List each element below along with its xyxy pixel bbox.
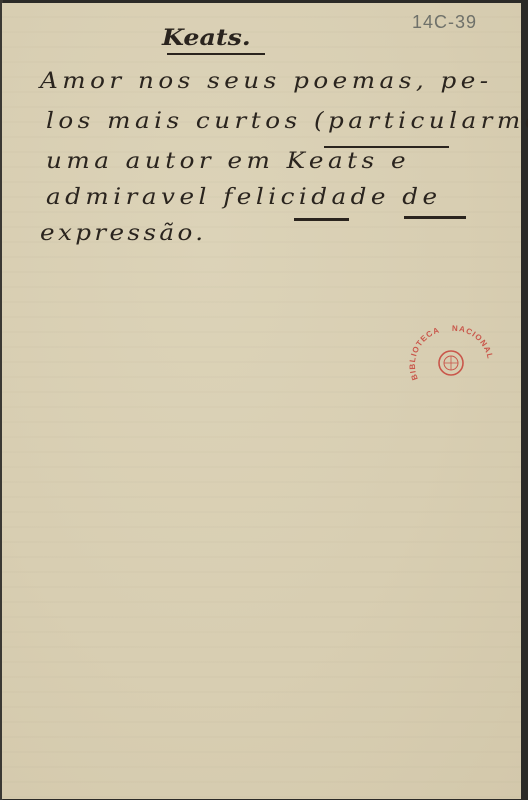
manuscript-line-2: los mais curtos (particularmente) — [46, 109, 528, 134]
biblioteca-nacional-stamp-icon: BIBLIOTECA NACIONAL — [406, 321, 496, 391]
manuscript-line-5: expressão. — [40, 221, 206, 246]
manuscript-page: 14C-39 Keats. Amor nos seus poemas, pe- … — [2, 3, 521, 799]
manuscript-title: Keats. — [162, 25, 251, 51]
svg-text:BIBLIOTECA: BIBLIOTECA — [408, 325, 441, 381]
manuscript-line-1: Amor nos seus poemas, pe- — [40, 69, 493, 94]
title-underline — [167, 53, 265, 55]
archive-number: 14C-39 — [412, 12, 477, 33]
svg-text:NACIONAL: NACIONAL — [452, 324, 495, 360]
stamp-text-right: NACIONAL — [452, 324, 495, 360]
library-stamp: BIBLIOTECA NACIONAL — [406, 321, 496, 391]
manuscript-line-4: admiravel felicidade de — [46, 185, 442, 210]
underline-de — [404, 216, 466, 219]
underline-felicidade — [294, 218, 349, 221]
manuscript-line-3: uma autor em Keats e — [46, 149, 410, 174]
stamp-text-left: BIBLIOTECA — [408, 325, 441, 381]
overline-stroke — [324, 146, 449, 148]
